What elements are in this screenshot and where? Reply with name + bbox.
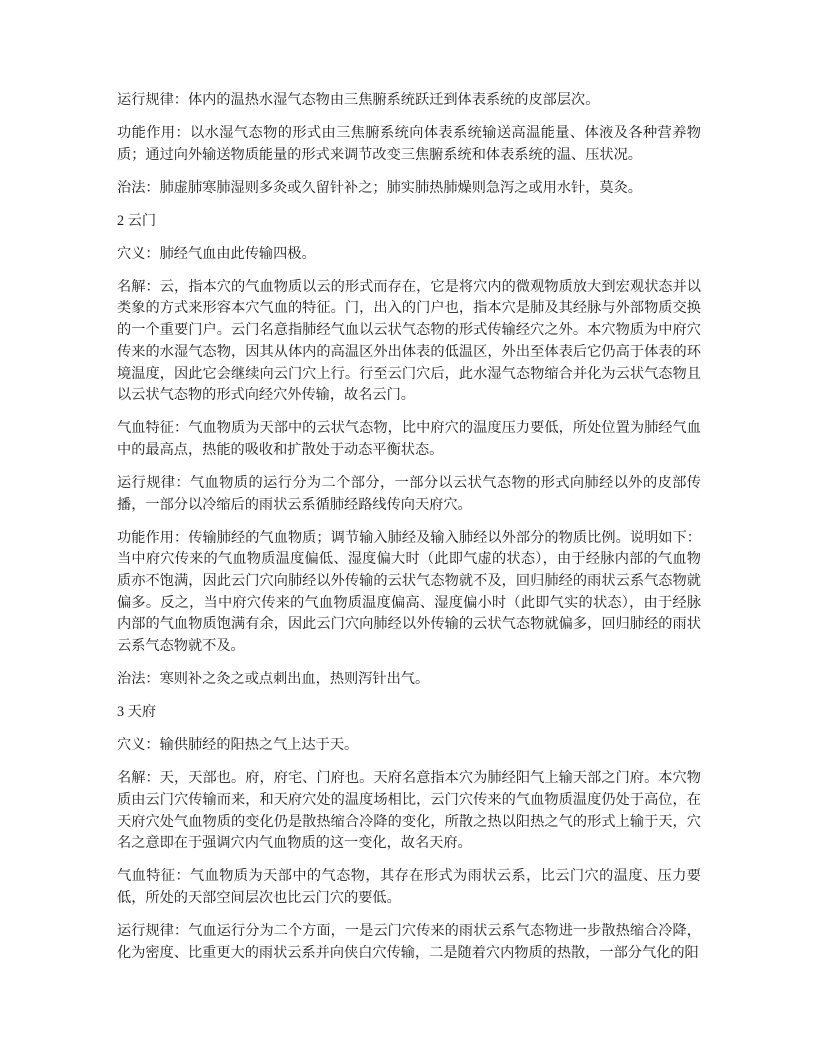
paragraph-yunmen-name-explanation: 名解：云，指本穴的气血物质以云的形式而存在，它是将穴内的微观物质放大到宏观状态并… (117, 277, 701, 407)
paragraph-yunmen-function: 功能作用：传输肺经的气血物质；调节输入肺经及输入肺经以外部分的物质比例。说明如下… (117, 528, 701, 658)
paragraph-yunmen-running-rule: 运行规律：气血物质的运行分为二个部分，一部分以云状气态物的形式向肺经以外的皮部传… (117, 473, 701, 516)
paragraph-tianfu-name-explanation: 名解：天，天部也。府，府宅、门府也。天府名意指本穴为肺经阳气上输天部之门府。本穴… (117, 768, 701, 855)
paragraph-zhongfu-running-rule: 运行规律：体内的温热水湿气态物由三焦腑系统跃迁到体表系统的皮部层次。 (117, 90, 701, 112)
paragraph-yunmen-meaning: 穴义：肺经气血由此传输四极。 (117, 244, 701, 266)
paragraph-yunmen-qi-blood-traits: 气血特征：气血物质为天部中的云状气态物，比中府穴的温度压力要低，所处位置为肺经气… (117, 418, 701, 461)
paragraph-yunmen-treatment: 治法：寒则补之灸之或点刺出血，热则泻针出气。 (117, 669, 701, 691)
document-page: 运行规律：体内的温热水湿气态物由三焦腑系统跃迁到体表系统的皮部层次。 功能作用：… (0, 0, 816, 1056)
paragraph-tianfu-running-rule: 运行规律：气血运行分为二个方面，一是云门穴传来的雨状云系气态物进一步散热缩合冷降… (117, 921, 701, 964)
section-heading-tianfu: 3 天府 (117, 702, 701, 724)
paragraph-zhongfu-treatment: 治法：肺虚肺寒肺湿则多灸或久留针补之；肺实肺热肺燥则急泻之或用水针，莫灸。 (117, 178, 701, 200)
paragraph-tianfu-meaning: 穴义：输供肺经的阳热之气上达于天。 (117, 735, 701, 757)
section-heading-yunmen: 2 云门 (117, 211, 701, 233)
paragraph-tianfu-qi-blood-traits: 气血特征：气血物质为天部中的气态物，其存在形式为雨状云系，比云门穴的温度、压力要… (117, 866, 701, 909)
paragraph-zhongfu-function: 功能作用：以水湿气态物的形式由三焦腑系统向体表系统输送高温能量、体液及各种营养物… (117, 123, 701, 166)
